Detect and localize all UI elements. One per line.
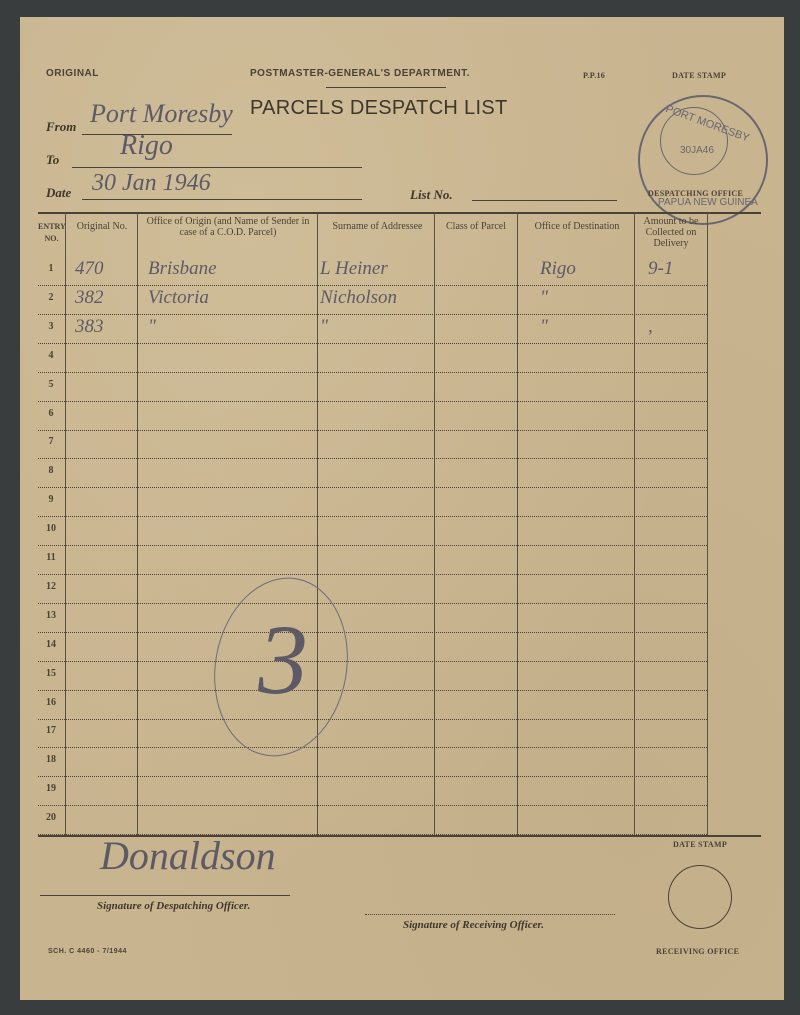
col-divider [65, 213, 66, 835]
table-row-line [38, 487, 707, 488]
table-row-line [38, 603, 707, 604]
cell-amount: 9-1 [648, 258, 673, 280]
table-top-rule [38, 212, 761, 214]
col-divider [517, 213, 518, 835]
entry-number: 20 [38, 812, 64, 823]
table-row-line [38, 776, 707, 777]
date-stamp-label: DATE STAMP [672, 71, 726, 80]
cell-surname: Nicholson [320, 287, 397, 309]
header-original-no: Original No. [70, 221, 134, 232]
cell-destination: Rigo [540, 258, 576, 280]
despatching-office-label: DESPATCHING OFFICE [648, 189, 743, 198]
entry-number: 16 [38, 697, 64, 708]
entry-number: 18 [38, 754, 64, 765]
receiving-signature-label: Signature of Receiving Officer. [403, 919, 544, 931]
despatch-date-stamp: PORT MORESBY 30JA46 PAPUA NEW GUINEA [638, 95, 768, 225]
entry-number: 4 [38, 350, 64, 361]
cell-surname: " [320, 316, 328, 338]
col-divider [317, 213, 318, 835]
table-row-line [38, 285, 707, 286]
to-line [72, 167, 362, 168]
entry-number: 3 [38, 321, 64, 332]
table-row-line [38, 805, 707, 806]
title-rule [326, 87, 446, 88]
receiving-date-stamp [668, 865, 732, 929]
despatch-signature-line [40, 895, 290, 896]
table-row-line [38, 401, 707, 402]
despatch-signature: Donaldson [100, 832, 276, 879]
entry-number: 2 [38, 292, 64, 303]
entry-number: 9 [38, 494, 64, 505]
to-value: Rigo [120, 130, 173, 162]
entry-number: 8 [38, 465, 64, 476]
entry-number: 12 [38, 581, 64, 592]
table-row-line [38, 719, 707, 720]
entry-number: 7 [38, 436, 64, 447]
table-row-line [38, 574, 707, 575]
receiving-signature-line [365, 914, 615, 915]
circled-total: 3 [258, 602, 308, 717]
cell-origin: Brisbane [148, 258, 217, 280]
entry-number: 5 [38, 379, 64, 390]
from-value: Port Moresby [90, 99, 233, 129]
cell-origin: " [148, 316, 156, 338]
table-row-line [38, 690, 707, 691]
entry-number: 14 [38, 639, 64, 650]
date-label: Date [46, 185, 71, 201]
col-divider [634, 213, 635, 835]
date-line [82, 199, 362, 200]
header-destination: Office of Destination [525, 221, 629, 232]
header-office-of-origin: Office of Origin (and Name of Sender in … [142, 216, 314, 238]
table-row-line [38, 661, 707, 662]
table-row-line [38, 314, 707, 315]
cell-amount: , [648, 316, 653, 338]
date-value: 30 Jan 1946 [92, 170, 211, 197]
col-divider [137, 213, 138, 835]
despatch-signature-label: Signature of Despatching Officer. [97, 900, 250, 912]
receiving-office-label: RECEIVING OFFICE [656, 947, 739, 956]
parcels-despatch-form: ORIGINAL POSTMASTER-GENERAL'S DEPARTMENT… [20, 17, 784, 1000]
table-row-line [38, 516, 707, 517]
table-row-line [38, 372, 707, 373]
table-row-line [38, 545, 707, 546]
header-class: Class of Parcel [440, 221, 512, 232]
list-no-line [472, 200, 617, 201]
table-row-line [38, 430, 707, 431]
print-code: SCH. C 4460 - 7/1944 [48, 948, 127, 955]
entry-number: 11 [38, 552, 64, 563]
copy-label: ORIGINAL [46, 68, 99, 79]
entry-number: 19 [38, 783, 64, 794]
header-entry-no: ENTRY NO. [38, 221, 65, 245]
table-row-line [38, 632, 707, 633]
table-row-line [38, 458, 707, 459]
cell-original: 382 [75, 287, 104, 309]
col-divider [707, 213, 708, 835]
receiving-date-stamp-label: DATE STAMP [673, 840, 727, 849]
stamp-date-text: 30JA46 [680, 145, 714, 156]
entry-number: 13 [38, 610, 64, 621]
list-no-label: List No. [410, 187, 453, 203]
from-label: From [46, 119, 76, 135]
col-divider [434, 213, 435, 835]
form-title: PARCELS DESPATCH LIST [250, 97, 507, 120]
header-amount: Amount to be Collected on Delivery [635, 216, 707, 249]
cell-destination: " [540, 287, 548, 309]
entry-number: 17 [38, 725, 64, 736]
entry-number: 1 [38, 263, 64, 274]
form-code: P.P.16 [583, 71, 605, 80]
entry-number: 15 [38, 668, 64, 679]
cell-original: 470 [75, 258, 104, 280]
entry-number: 6 [38, 408, 64, 419]
table-row-line [38, 343, 707, 344]
header-surname: Surname of Addressee [330, 221, 425, 232]
cell-surname: L Heiner [320, 258, 388, 280]
cell-origin: Victoria [148, 287, 209, 309]
stamp-bottom-text: PAPUA NEW GUINEA [658, 197, 758, 208]
to-label: To [46, 152, 59, 168]
entry-number: 10 [38, 523, 64, 534]
department-label: POSTMASTER-GENERAL'S DEPARTMENT. [250, 68, 470, 79]
cell-destination: " [540, 316, 548, 338]
table-row-line [38, 747, 707, 748]
cell-original: 383 [75, 316, 104, 338]
